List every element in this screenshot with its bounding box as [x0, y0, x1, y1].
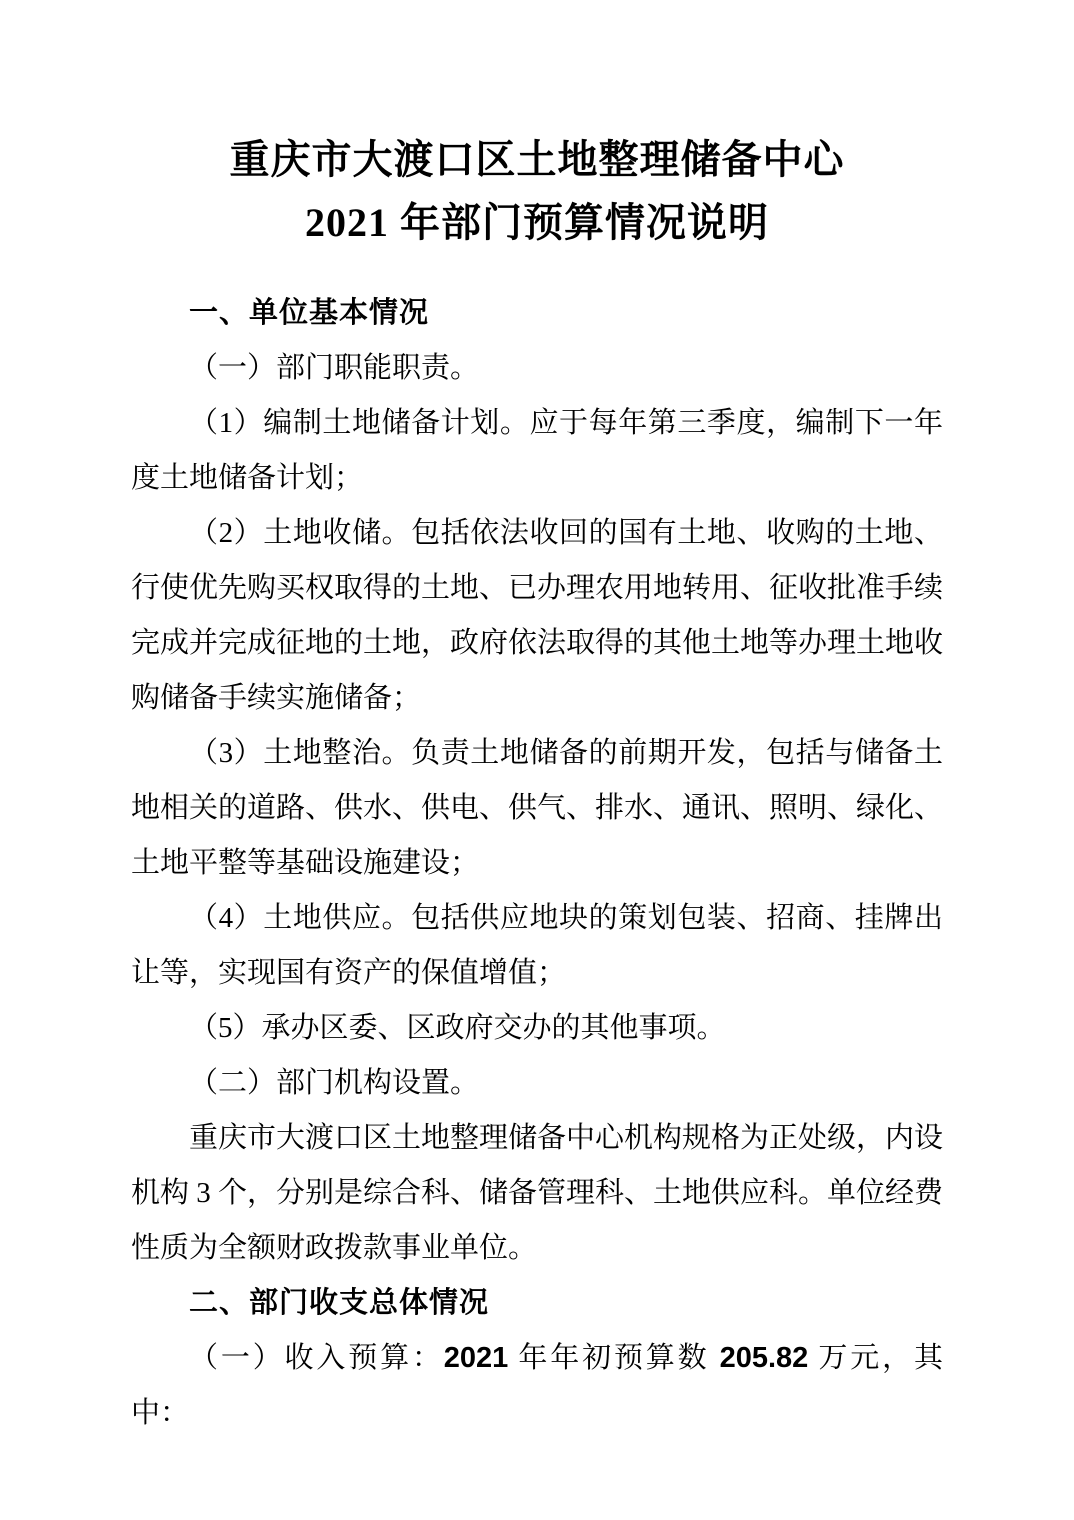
paragraph-org-structure-subheading: （二）部门机构设置。: [131, 1056, 943, 1111]
paragraph-duty-1: （1）编制土地储备计划。应于每年第三季度，编制下一年度土地储备计划；: [131, 396, 943, 506]
paragraph-duty-4: （4）土地供应。包括供应地块的策划包装、招商、挂牌出让等，实现国有资产的保值增值…: [131, 891, 943, 1001]
title-line-2: 2021 年部门预算情况说明: [0, 191, 1074, 254]
income-budget-amount: 205.82: [720, 1342, 809, 1374]
income-budget-middle: 年年初预算数: [508, 1342, 719, 1374]
document-body: 一、单位基本情况 （一）部门职能职责。 （1）编制土地储备计划。应于每年第三季度…: [131, 286, 943, 1441]
document-page: 重庆市大渡口区土地整理储备中心 2021 年部门预算情况说明 一、单位基本情况 …: [0, 0, 1074, 1520]
heading-unit-basic-info: 一、单位基本情况: [131, 286, 943, 341]
paragraph-duty-5: （5）承办区委、区政府交办的其他事项。: [131, 1001, 943, 1056]
paragraph-income-budget: （一）收入预算：2021 年年初预算数 205.82 万元，其中：: [131, 1331, 943, 1441]
paragraph-duty-2: （2）土地收储。包括依法收回的国有土地、收购的土地、行使优先购买权取得的土地、已…: [131, 506, 943, 726]
income-budget-prefix: （一）收入预算：: [189, 1342, 444, 1374]
paragraph-org-structure-detail: 重庆市大渡口区土地整理储备中心机构规格为正处级，内设机构 3 个，分别是综合科、…: [131, 1111, 943, 1276]
paragraph-duties-subheading: （一）部门职能职责。: [131, 341, 943, 396]
title-line-1: 重庆市大渡口区土地整理储备中心: [0, 128, 1074, 191]
income-budget-year: 2021: [444, 1342, 509, 1374]
heading-budget-overview: 二、部门收支总体情况: [131, 1276, 943, 1331]
document-title: 重庆市大渡口区土地整理储备中心 2021 年部门预算情况说明: [0, 0, 1074, 254]
paragraph-duty-3: （3）土地整治。负责土地储备的前期开发，包括与储备土地相关的道路、供水、供电、供…: [131, 726, 943, 891]
